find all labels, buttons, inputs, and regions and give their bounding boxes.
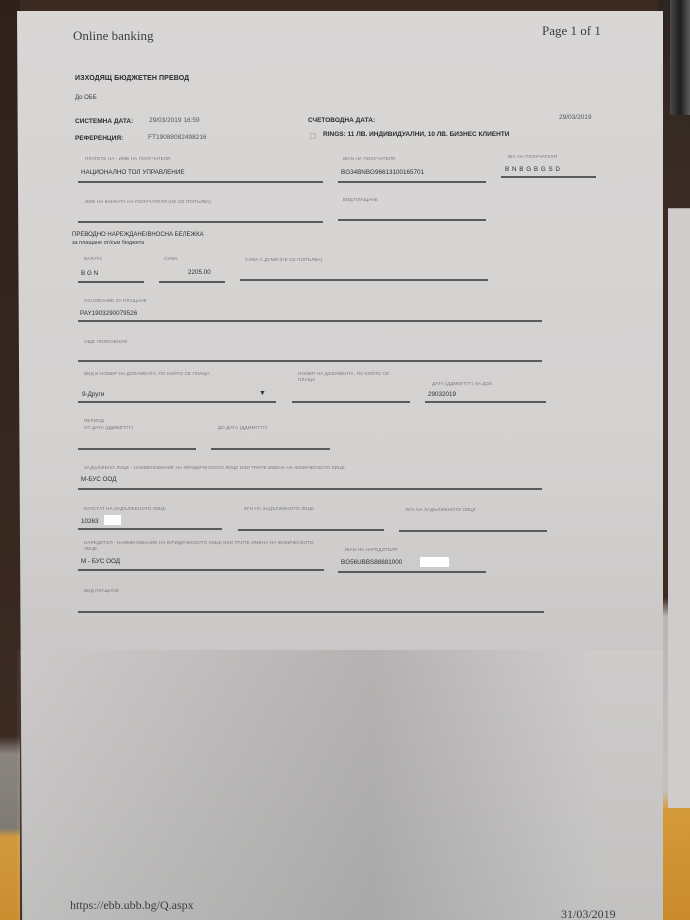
obligor-field[interactable] <box>78 488 542 490</box>
payee-bic-field[interactable] <box>501 176 596 178</box>
footer-date: 31/03/2019 <box>561 907 616 920</box>
lnch-field[interactable] <box>399 530 547 532</box>
rings-checkbox[interactable] <box>310 133 316 139</box>
period-to-label: ДО ДАТА (ДДММГГГГ) <box>218 425 267 431</box>
redacted-iban <box>420 557 449 567</box>
section-title: ПРЕВОДНО НАРЕЖДАНЕ/ВНОСНА БЕЛЕЖКА <box>72 232 204 238</box>
obligor-value: М-БУС ООД <box>81 476 117 483</box>
form-subtitle: До ОББ <box>75 95 97 101</box>
doc-type-label: ВИД И НОМЕР НА ДОКУМЕНТА, ПО КОЙТО СЕ ПЛ… <box>84 371 244 377</box>
payee-iban-value: BG34BNBG96613100165701 <box>341 169 424 176</box>
more-details-label: ОЩЕ ПОЯСНЕНИЯ <box>84 339 127 345</box>
period-from-label: ОТ ДАТА (ДДММГГГГ) <box>84 425 133 431</box>
footer-url: https://ebb.ubb.bg/Q.aspx <box>70 898 194 913</box>
currency-field[interactable] <box>78 281 144 283</box>
system-date-value: 29/03/2019 16:59 <box>149 117 200 124</box>
system-date-label: СИСТЕМНА ДАТА: <box>75 118 133 125</box>
bulstat-field[interactable] <box>78 528 222 530</box>
amount-value: 2205.00 <box>188 269 211 276</box>
doc-type-value: 9-Други <box>82 391 104 398</box>
payer-field[interactable] <box>78 569 324 571</box>
header-page-number: Page 1 of 1 <box>542 23 601 39</box>
payer-iban-value: BG56UBBS88881000 <box>341 559 402 566</box>
amount-field[interactable] <box>159 281 225 283</box>
section-subtitle: за плащане от/към бюджета <box>72 240 144 246</box>
more-details-field[interactable] <box>78 360 542 362</box>
amount-label: СУМА <box>164 256 177 262</box>
egn-label: ЕГН НА ЗАДЪЛЖЕНОТО ЛИЦЕ <box>244 506 314 512</box>
dropdown-arrow-icon[interactable]: ▼ <box>259 390 266 397</box>
payee-bank-label: ИМЕ НА БАНКАТА НА ПОЛУЧАТЕЛЯ (НЕ СЕ ПОПЪ… <box>85 199 211 205</box>
redacted-bulstat <box>104 515 121 525</box>
bulstat-value: 10263 <box>81 518 99 525</box>
payer-iban-field[interactable] <box>338 571 486 573</box>
desk-background-left <box>0 0 20 920</box>
pen-object <box>670 0 690 115</box>
bulstat-label: БУЛСТАТ НА ЗАДЪЛЖЕНОТО ЛИЦЕ <box>84 506 166 512</box>
period-label: ПЕРИОД <box>84 418 104 424</box>
doc-type-select[interactable] <box>78 401 276 403</box>
form-title: ИЗХОДЯЩ БЮДЖЕТЕН ПРЕВОД <box>75 75 189 82</box>
accounting-date-label: СЧЕТОВОДНА ДАТА: <box>308 117 375 124</box>
reference-label: РЕФЕРЕНЦИЯ: <box>75 135 123 142</box>
payment-basis-value: PAY1903290079526 <box>80 310 137 317</box>
period-to-field[interactable] <box>211 448 330 450</box>
payee-name-field[interactable] <box>78 181 323 183</box>
payment-type-label: ВИД ПЛАЩАНЕ <box>343 197 378 203</box>
payee-bic-value: B N B G B G S D <box>505 166 560 173</box>
accounting-date-value: 29/03/2019 <box>559 114 592 121</box>
doc-date-field[interactable] <box>425 401 546 403</box>
payee-iban-label: IBAN НА ПОЛУЧАТЕЛЯ <box>343 156 395 162</box>
underlying-paper <box>668 208 690 808</box>
payee-bic-label: BIC НА ПОЛУЧАТЕЛЯ <box>508 154 557 160</box>
period-from-field[interactable] <box>78 448 196 450</box>
obligor-label: ЗАДЪЛЖЕНО ЛИЦЕ - НАИМЕНОВАНИЕ НА ЮРИДИЧЕ… <box>84 465 345 471</box>
payment-kind-field[interactable] <box>78 611 544 613</box>
payer-value: М - БУС ООД <box>81 558 120 565</box>
payment-basis-label: ОСНОВАНИЕ ЗА ПЛАЩАНЕ <box>84 298 147 304</box>
doc-date-label: ДАТА (ДДММГГГГ) НА ДОК <box>432 381 492 387</box>
doc-number-label: НОМЕР НА ДОКУМЕНТА, ПО КОЙТО СЕ ПЛАЩА <box>298 371 398 383</box>
egn-field[interactable] <box>238 529 384 531</box>
payee-iban-field[interactable] <box>338 181 486 183</box>
header-app-name: Online banking <box>73 28 154 44</box>
amount-words-label: СУМА С ДУМИ (НЕ СЕ ПОПЪЛВА) <box>245 257 322 263</box>
currency-label: ВАЛУТА <box>84 256 102 262</box>
doc-date-value: 29032019 <box>428 391 456 398</box>
payee-name-value: НАЦИОНАЛНО ТОЛ УПРАВЛЕНИЕ <box>81 169 185 176</box>
payer-iban-label: IBAN НА НАРЕДИТЕЛЯ <box>345 547 398 553</box>
doc-number-field[interactable] <box>292 401 410 403</box>
reference-value: FT19088082498216 <box>148 134 207 141</box>
payment-type-field[interactable] <box>338 219 486 221</box>
lnch-label: ЛНЧ НА ЗАДЪЛЖЕНОТО ЛИЦЕ <box>405 507 476 513</box>
payment-basis-field[interactable] <box>78 320 542 322</box>
amount-words-field[interactable] <box>240 279 488 281</box>
rings-option-label: RINGS: 11 ЛВ. ИНДИВИДУАЛНИ, 10 ЛВ. БИЗНЕ… <box>323 131 509 138</box>
payer-label: НАРЕДИТЕЛ - НАИМЕНОВАНИЕ НА ЮРИДИЧЕСКОТО… <box>84 540 324 552</box>
payee-bank-field[interactable] <box>78 221 323 223</box>
currency-value: B G N <box>81 270 98 277</box>
payment-kind-label: ВИД ПЛАЩАНЕ <box>84 588 119 594</box>
payee-name-label: ПЛАТЕТЕ НА - ИМЕ НА ПОЛУЧАТЕЛЯ <box>85 156 170 162</box>
